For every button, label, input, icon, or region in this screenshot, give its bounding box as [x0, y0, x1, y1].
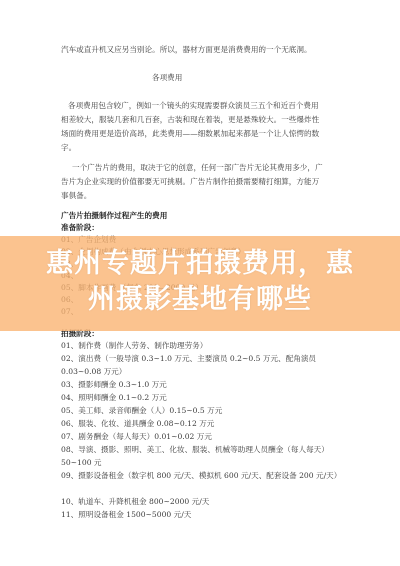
paragraph-line: 汽车或直升机又应另当别论。所以，器材方面更是消费费用的一个无底洞。 [61, 44, 312, 55]
list-item: 10、轨道车、升降机租金 800~2000 元/天 [61, 496, 209, 507]
paragraph-line: 一个广告片的费用，取决于它的创意，任何一部广告片无论其费用多少，广 [72, 162, 323, 173]
list-item: 50~100 元 [61, 457, 102, 468]
list-item: 08、导演、摄影、照明、美工、化妆、服装、机械等助理人员酬金（每人每天） [61, 444, 329, 455]
paragraph-line: 告片为企业实现的价值都要无可挑剔。广告片制作拍摄需要精打细算，方能万 [61, 176, 319, 187]
paragraph-line: 事俱备。 [61, 190, 91, 201]
list-item: 03、摄影师酬金 0.3~1.0 万元 [61, 379, 167, 390]
list-item: 05、美工师、录音师酬金（人）0.15~0.5 万元 [61, 405, 222, 416]
prep-stage-heading: 准备阶段： [61, 222, 99, 233]
list-item: 11、照明设备租金 1500~5000 元/天 [61, 509, 191, 520]
list-item: 09、摄影设备租金（数字机 800 元/天、模拟机 600 元/天、配套设备 2… [61, 470, 341, 481]
banner-title: 惠州专题片拍摄费用，惠 州摄影基地有哪些 [0, 246, 400, 318]
list-item: 02、演出费（一般导演 0.3~1.0 万元、主要演员 0.2~0.5 万元、配… [61, 353, 316, 364]
list-item: 06、服装、化妆、道具酬金 0.08~0.12 万元 [61, 418, 214, 429]
banner-title-line-2: 州摄影基地有哪些 [0, 282, 400, 318]
list-item: 07、剧务酬金（每人每天）0.01~0.02 万元 [61, 431, 212, 442]
section-heading: 各项费用 [152, 72, 182, 83]
paragraph-line: 场面的费用更是造价高昂，此类费用——细数累加起来都是一个让人惊愕的数 [61, 128, 319, 139]
paragraph-line: 各项费用包含较广，例如一个镜头的实现需要群众演员三五个和近百个费用 [68, 100, 319, 111]
list-item: 01、制作费（制作人劳务、制作助理劳务） [61, 340, 207, 351]
banner-title-line-1: 惠州专题片拍摄费用，惠 [0, 246, 400, 282]
list-item: 04、照明师酬金 0.1~0.2 万元 [61, 392, 167, 403]
paragraph-line: 相差较大，服装几套和几百套，古装和现在着装，更是悬殊较大。一些爆炸性 [61, 114, 319, 125]
paragraph-line: 字。 [61, 142, 76, 153]
list-item: 0.03~0.08 万元） [61, 366, 126, 377]
section-title: 广告片拍摄制作过程产生的费用 [61, 210, 167, 221]
